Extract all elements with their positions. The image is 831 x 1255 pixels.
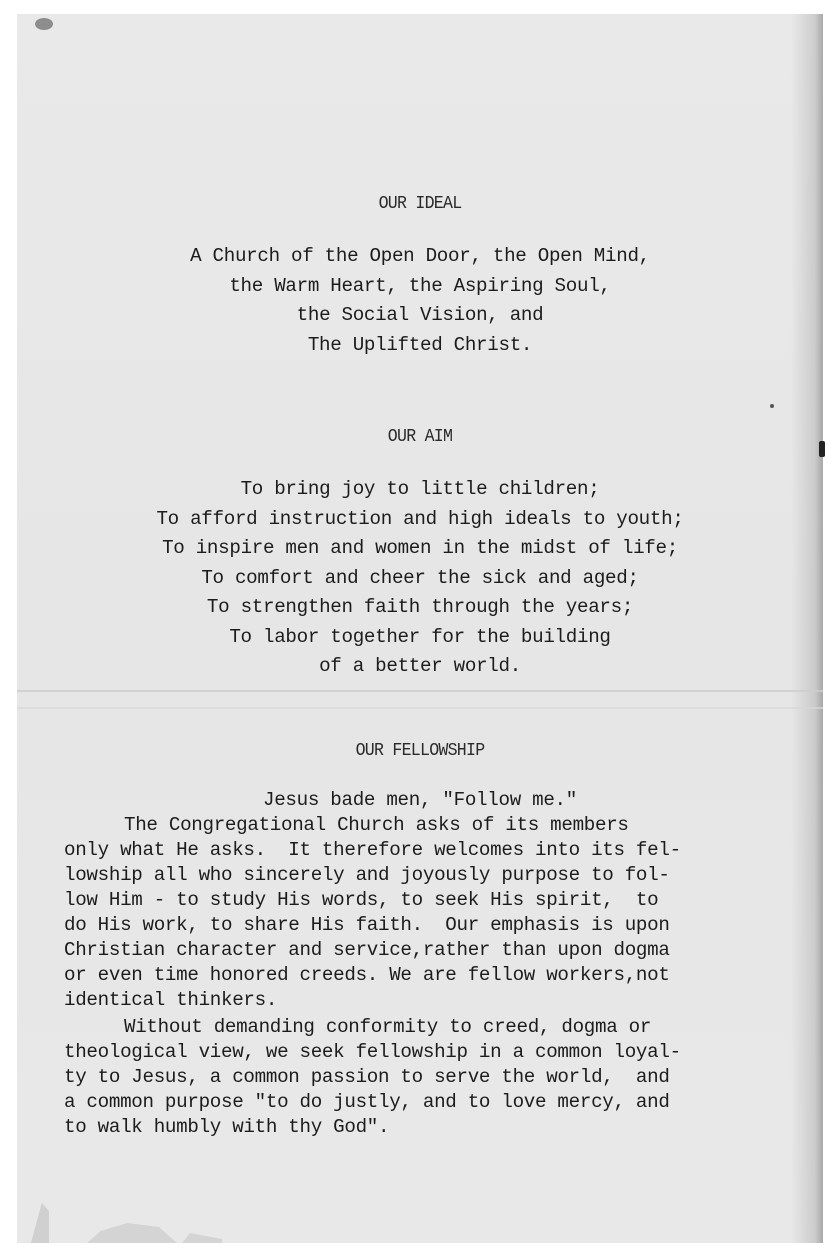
torn-edge <box>182 1233 222 1243</box>
aim-line: To inspire men and women in the midst of… <box>17 534 823 564</box>
section-heading-aim: OUR AIM <box>49 427 791 447</box>
section-heading-fellowship: OUR FELLOWSHIP <box>49 741 791 761</box>
torn-edge <box>31 1203 49 1243</box>
aim-line: To afford instruction and high ideals to… <box>17 505 823 535</box>
paragraph-line: lowship all who sincerely and joyously p… <box>64 863 764 888</box>
aim-line: To labor together for the building <box>17 623 823 653</box>
ink-stain <box>35 18 53 30</box>
fellowship-paragraph-2: Without demanding conformity to creed, d… <box>64 1015 764 1140</box>
aim-line: To bring joy to little children; <box>17 475 823 505</box>
paragraph-line: or even time honored creeds. We are fell… <box>64 963 764 988</box>
paragraph-line: The Congregational Church asks of its me… <box>64 813 764 838</box>
ideal-text: A Church of the Open Door, the Open Mind… <box>17 242 823 360</box>
aim-line: To strengthen faith through the years; <box>17 593 823 623</box>
fellowship-paragraph-1: The Congregational Church asks of its me… <box>64 813 764 1013</box>
ink-speck <box>770 404 774 408</box>
paper-page: OUR IDEAL A Church of the Open Door, the… <box>17 14 823 1243</box>
paragraph-line: theological view, we seek fellowship in … <box>64 1040 764 1065</box>
aim-line: of a better world. <box>17 652 823 682</box>
paragraph-line: to walk humbly with thy God". <box>64 1115 764 1140</box>
ideal-line: the Social Vision, and <box>17 301 823 331</box>
paragraph-line: Without demanding conformity to creed, d… <box>64 1015 764 1040</box>
paragraph-line: ty to Jesus, a common passion to serve t… <box>64 1065 764 1090</box>
aim-text: To bring joy to little children; To affo… <box>17 475 823 682</box>
aim-line: To comfort and cheer the sick and aged; <box>17 564 823 594</box>
torn-edge <box>87 1223 177 1243</box>
paragraph-line: low Him - to study His words, to seek Hi… <box>64 888 764 913</box>
edge-mark <box>819 441 825 457</box>
ideal-line: the Warm Heart, the Aspiring Soul, <box>17 272 823 302</box>
paragraph-line: a common purpose "to do justly, and to l… <box>64 1090 764 1115</box>
fold-crease <box>17 707 823 709</box>
fellowship-intro: Jesus bade men, "Follow me." <box>17 788 823 813</box>
fellowship-intro-line: Jesus bade men, "Follow me." <box>17 788 823 813</box>
paragraph-line: do His work, to share His faith. Our emp… <box>64 913 764 938</box>
section-heading-ideal: OUR IDEAL <box>49 194 791 214</box>
paragraph-line: Christian character and service,rather t… <box>64 938 764 963</box>
ideal-line: A Church of the Open Door, the Open Mind… <box>17 242 823 272</box>
paragraph-line: only what He asks. It therefore welcomes… <box>64 838 764 863</box>
paragraph-line: identical thinkers. <box>64 988 764 1013</box>
ideal-line: The Uplifted Christ. <box>17 331 823 361</box>
fold-crease <box>17 690 823 692</box>
